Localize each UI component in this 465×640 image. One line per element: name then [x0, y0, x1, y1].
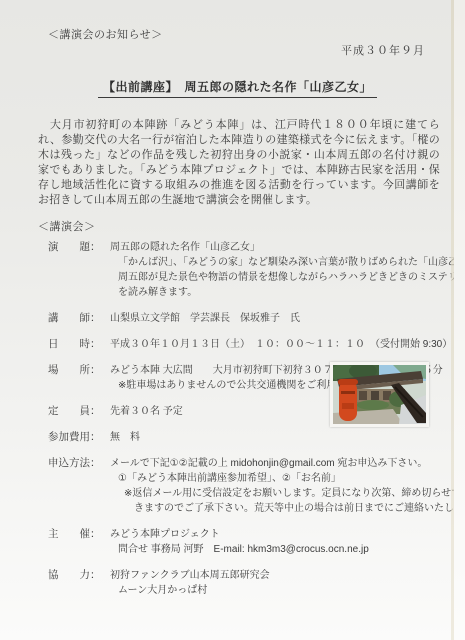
apply-email-line: メールで下記①②記載の上 midohonjin@gmail.com 宛お申込み下… [110, 456, 465, 471]
document-header: ＜講演会のお知らせ＞ 平成３０年９月 [48, 26, 427, 60]
row-apply-value: メールで下記①②記載の上 midohonjin@gmail.com 宛お申込み下… [110, 456, 465, 516]
cooperation-1: 初狩ファンクラブ山本周五郎研究会 [110, 568, 427, 583]
row-organizer: 主 催： みどう本陣プロジェクト 問合せ 事務局 河野 E-mail: hkm3… [48, 527, 427, 557]
venue-photo [330, 362, 429, 427]
organizer-contact: 問合せ 事務局 河野 E-mail: hkm3m3@crocus.ocn.ne.… [118, 542, 427, 557]
row-endai-label: 演 題： [48, 240, 110, 300]
row-datetime: 日 時： 平成３０年１０月１３日（土） １０：００～１１：１０ （受付開始 9:… [48, 337, 427, 352]
scan-edge-line [451, 0, 454, 640]
row-organizer-label: 主 催： [48, 527, 110, 557]
row-cooperation-value: 初狩ファンクラブ山本周五郎研究会 ムーン大月かっぱ村 [110, 568, 427, 598]
row-lecturer: 講 師： 山梨県立文学館 学芸課長 保坂雅子 氏 [48, 311, 427, 326]
notice-tag: ＜講演会のお知らせ＞ [48, 26, 427, 42]
section-heading: ＜講演会＞ [38, 218, 427, 234]
apply-note-1: ※返信メール用に受信設定をお願いします。定員になり次第、締め切らせて頂 [124, 486, 465, 501]
row-cooperation: 協 力： 初狩ファンクラブ山本周五郎研究会 ムーン大月かっぱ村 [48, 568, 427, 598]
row-datetime-label: 日 時： [48, 337, 110, 352]
row-fee: 参加費用： 無 料 [48, 430, 427, 445]
row-apply: 申込方法： メールで下記①②記載の上 midohonjin@gmail.com … [48, 456, 427, 516]
apply-items: ①「みどう本陣出前講座参加希望」、②「お名前」 [118, 471, 465, 486]
row-fee-label: 参加費用： [48, 430, 110, 445]
endai-desc-1: 「かんば沢」、「みどうの家」など馴染み深い言葉が散りばめられた「山彦乙女」。 [118, 255, 465, 270]
row-lecturer-value: 山梨県立文学館 学芸課長 保坂雅子 氏 [110, 311, 427, 326]
lecturer-name: 山梨県立文学館 学芸課長 保坂雅子 氏 [110, 311, 427, 326]
row-capacity-label: 定 員： [48, 404, 110, 419]
issue-date: 平成３０年９月 [341, 42, 425, 58]
endai-title: 周五郎の隠れた名作「山彦乙女」 [110, 240, 465, 255]
cooperation-2: ムーン大月かっぱ村 [118, 583, 427, 598]
organizer-name: みどう本陣プロジェクト [110, 527, 427, 542]
title-wrap: 【出前講座】 周五郎の隠れた名作「山彦乙女」 [48, 78, 427, 98]
endai-desc-2: 周五郎が見た景色や物語の情景を想像しながらハラハラどきどきのミステリー [118, 270, 465, 285]
scanned-document-page: ＜講演会のお知らせ＞ 平成３０年９月 【出前講座】 周五郎の隠れた名作「山彦乙女… [0, 0, 465, 640]
endai-desc-3: を読み解きます。 [118, 285, 465, 300]
row-organizer-value: みどう本陣プロジェクト 問合せ 事務局 河野 E-mail: hkm3m3@cr… [110, 527, 427, 557]
row-endai-value: 周五郎の隠れた名作「山彦乙女」 「かんば沢」、「みどうの家」など馴染み深い言葉が… [110, 240, 465, 300]
row-place-label: 場 所： [48, 363, 110, 393]
datetime-text: 平成３０年１０月１３日（土） １０：００～１１：１０ （受付開始 9:30） [110, 337, 452, 352]
row-apply-label: 申込方法： [48, 456, 110, 516]
venue-photo-illustration [333, 365, 426, 424]
row-lecturer-label: 講 師： [48, 311, 110, 326]
document-title: 【出前講座】 周五郎の隠れた名作「山彦乙女」 [98, 78, 377, 98]
apply-note-2: きますのでご了承下さい。荒天等中止の場合は前日までにご連絡いたします。 [134, 501, 465, 516]
row-endai: 演 題： 周五郎の隠れた名作「山彦乙女」 「かんば沢」、「みどうの家」など馴染み… [48, 240, 427, 300]
intro-paragraph: 大月市初狩町の本陣跡「みどう本陣」は、江戸時代１８００年頃に建てられ、参勤交代の… [38, 118, 440, 208]
row-datetime-value: 平成３０年１０月１３日（土） １０：００～１１：１０ （受付開始 9:30） [110, 337, 452, 352]
scan-edge-margin [454, 0, 465, 640]
row-cooperation-label: 協 力： [48, 568, 110, 598]
row-fee-value: 無 料 [110, 430, 427, 445]
fee-text: 無 料 [110, 430, 427, 445]
